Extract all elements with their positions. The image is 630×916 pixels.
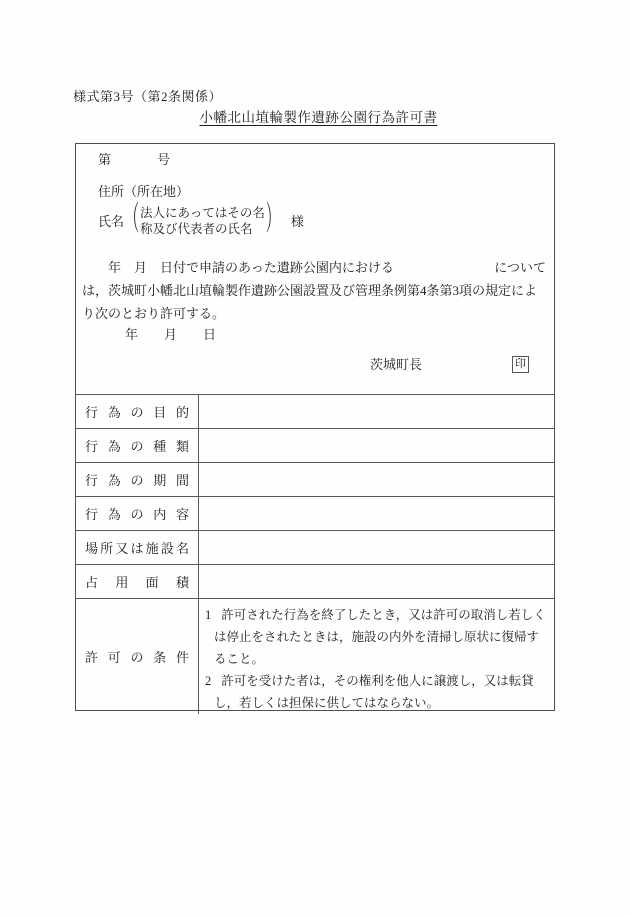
table-row-place: 場所又は施設名 [76,530,554,564]
row-label-cell: 行為の内容 [76,497,199,530]
permit-body-line1: 年 月 日付で申請のあった遺跡公園内における について [82,256,546,279]
table-row-area: 占用面積 [76,564,554,598]
row-value-cell [199,531,554,564]
document-number-line: 第 号 [98,151,546,168]
row-label: 場所又は施設名 [85,538,189,557]
row-label-cell: 行為の種類 [76,429,199,462]
row-label: 占用面積 [85,572,189,591]
issue-date-line: 年 月 日 [125,326,546,343]
seal-box: 印 [512,356,529,373]
document-title: 小幡北山埴輪製作遺跡公園行為許可書 [200,110,438,125]
row-label-cell: 行為の目的 [76,395,199,428]
row-label: 行為の内容 [85,504,189,523]
title-row: 小幡北山埴輪製作遺跡公園行為許可書 [75,106,562,127]
name-note: 法人にあってはその名 称及び代表者の氏名 [140,205,265,237]
permit-body-text: 年 月 日付で申請のあった遺跡公園内における について は，茨城町小幡北山埴輪製… [82,256,546,325]
row-label-cell: 場所又は施設名 [76,531,199,564]
document-number-suffix: 号 [157,151,170,168]
form-number: 様式第3号（第2条関係） [73,86,222,105]
condition-text: 許可された行為を終了したとき，又は許可の取消し若しくは停止をされたときは，施設の… [214,608,546,666]
row-label: 行為の種類 [85,436,189,455]
permit-box: 第 号 住所（所在地） 氏名 （ 法人にあってはその名 称及び代表者の氏名 ） … [75,143,555,711]
name-note-line1: 法人にあってはその名 [140,205,265,221]
name-note-line2: 称及び代表者の氏名 [140,221,265,237]
row-value-cell [199,463,554,496]
condition-number: 2 [205,674,211,688]
condition-number: 1 [205,608,211,622]
table-row-period: 行為の期間 [76,462,554,496]
document-number-prefix: 第 [98,151,111,168]
row-value-cell [199,429,554,462]
permit-body-rest: は，茨城町小幡北山埴輪製作遺跡公園設置及び管理条例第4条第3項の規定により次のと… [82,279,546,325]
condition-text: 許可を受けた者は，その権利を他人に譲渡し，又は転貸し，若しくは担保に供してはなら… [214,674,534,710]
row-value-cell [199,395,554,428]
row-label-cell: 行為の期間 [76,463,199,496]
row-label: 許可の条件 [85,647,189,666]
permit-document-page: 様式第3号（第2条関係） 小幡北山埴輪製作遺跡公園行為許可書 第 号 住所（所在… [0,0,630,916]
address-label: 住所（所在地） [98,183,546,200]
permit-upper-section: 第 号 住所（所在地） 氏名 （ 法人にあってはその名 称及び代表者の氏名 ） … [76,144,554,394]
honorific: 様 [291,213,304,230]
close-paren: ） [266,201,280,241]
conditions-cell: 1許可された行為を終了したとき，又は許可の取消し若しくは停止をされたときは，施設… [199,599,554,714]
row-label-cell: 許可の条件 [76,599,199,714]
condition-item: 2許可を受けた者は，その権利を他人に譲渡し，又は転貸し，若しくは担保に供してはな… [205,670,546,714]
row-value-cell [199,497,554,530]
table-row-conditions: 許可の条件 1許可された行為を終了したとき，又は許可の取消し若しくは停止をされた… [76,598,554,714]
row-label: 行為の期間 [85,470,189,489]
name-label: 氏名 [98,213,124,230]
row-label: 行為の目的 [85,402,189,421]
issuer-line: 茨城町長 印 [82,356,546,373]
application-date-clause: 年 月 日付で申請のあった遺跡公園内における [108,256,394,279]
about-clause: について [494,256,546,279]
table-row-content: 行為の内容 [76,496,554,530]
condition-item: 1許可された行為を終了したとき，又は許可の取消し若しくは停止をされたときは，施設… [205,604,546,670]
seal-character: 印 [515,359,526,370]
table-row-type: 行為の種類 [76,428,554,462]
table-row-purpose: 行為の目的 [76,394,554,428]
open-paren: （ [125,201,139,241]
addressee-name-line: 氏名 （ 法人にあってはその名 称及び代表者の氏名 ） 様 [98,203,546,239]
row-label-cell: 占用面積 [76,565,199,598]
row-value-cell [199,565,554,598]
issuer-title: 茨城町長 [370,356,422,373]
